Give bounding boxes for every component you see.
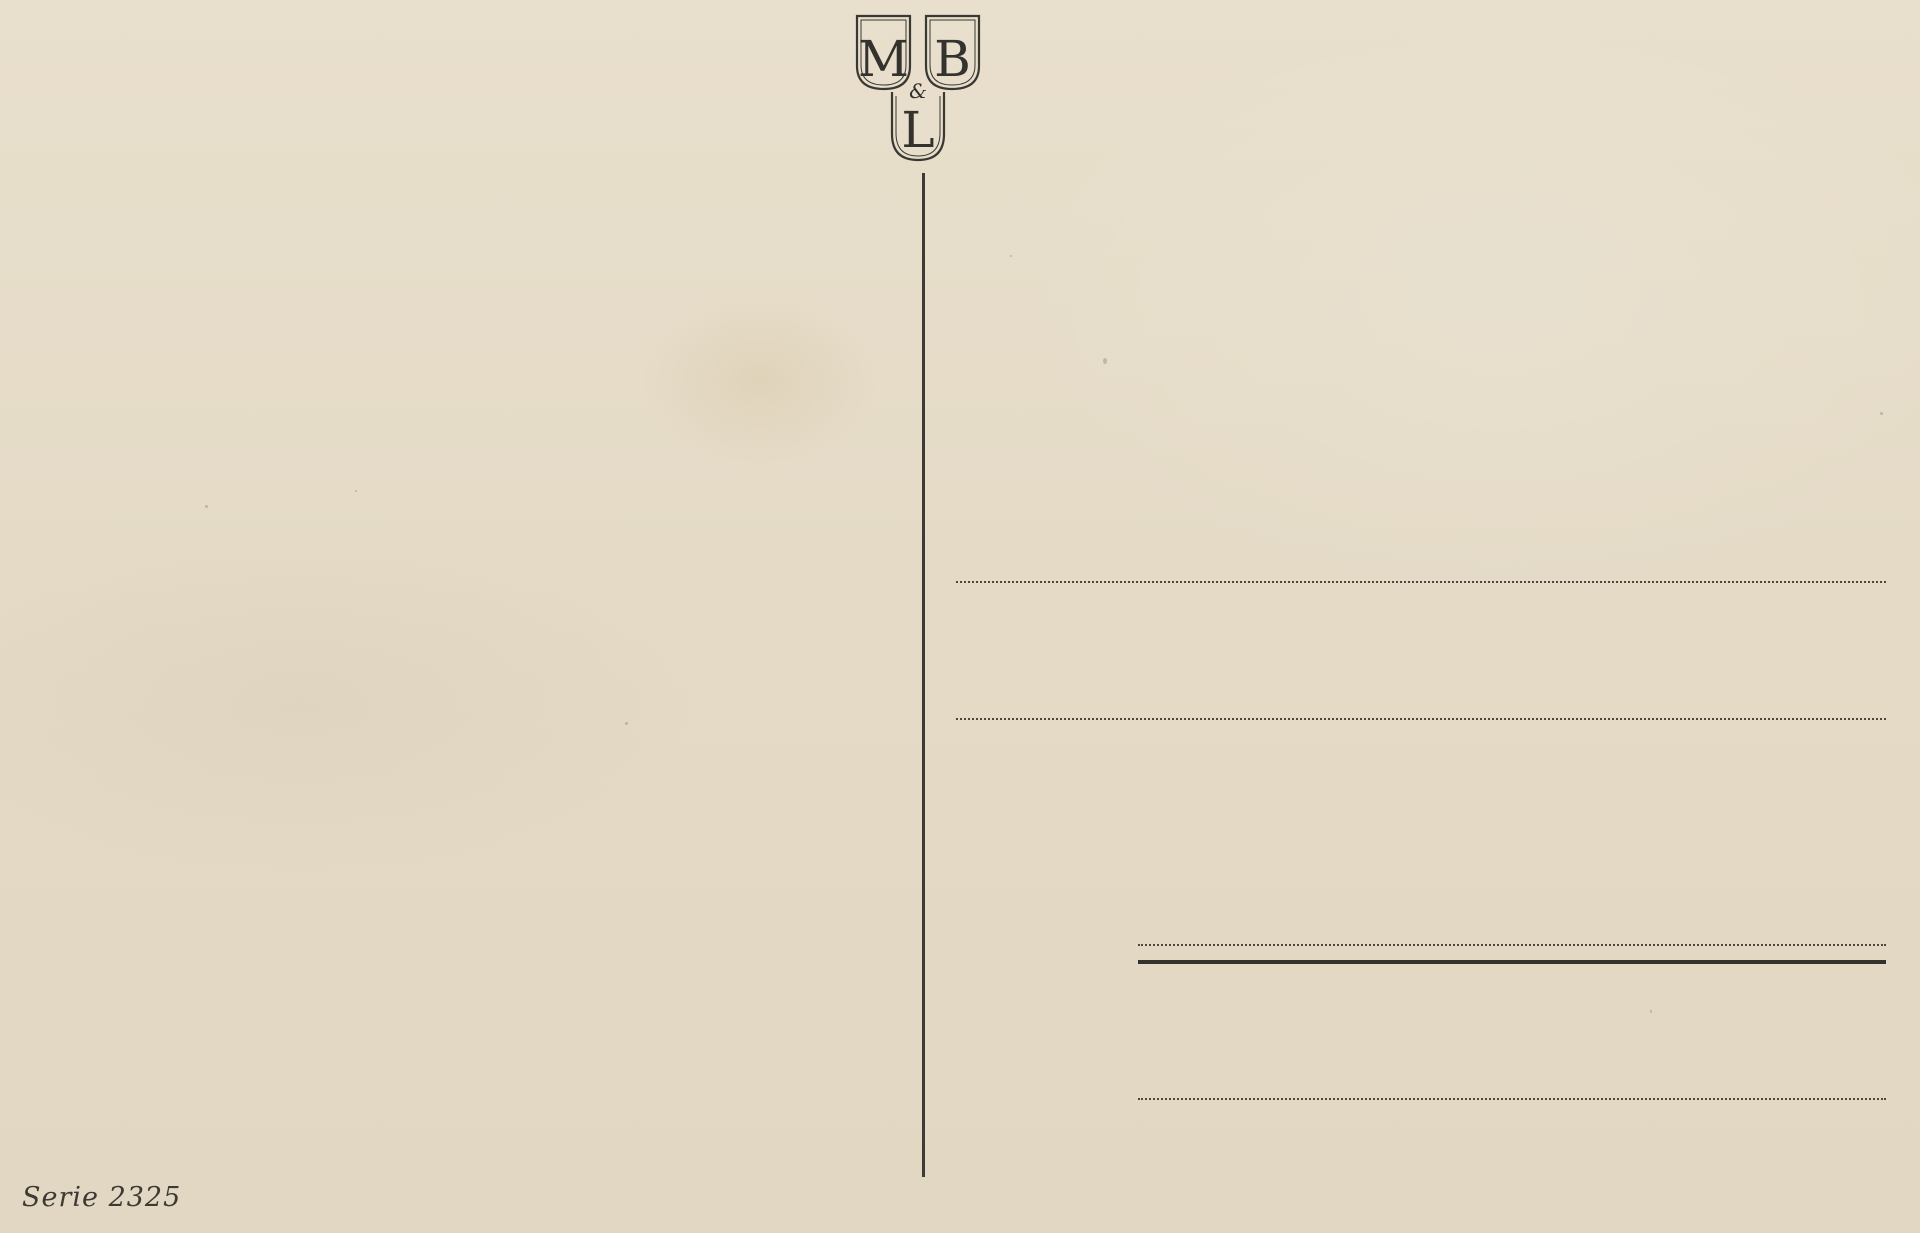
mbl-shield-monogram-icon: M B & L xyxy=(854,14,982,162)
svg-text:&: & xyxy=(909,79,927,103)
address-line-4 xyxy=(1138,1098,1886,1100)
series-label: Serie 2325 xyxy=(22,1182,181,1213)
center-divider-line xyxy=(922,173,925,1177)
paper-speck xyxy=(1103,358,1107,364)
address-underline-solid xyxy=(1138,960,1886,964)
svg-text:B: B xyxy=(934,30,971,88)
svg-text:L: L xyxy=(901,101,934,159)
paper-speck xyxy=(355,490,357,492)
address-line-2 xyxy=(956,718,1886,720)
address-line-1 xyxy=(956,581,1886,583)
paper-speck xyxy=(205,505,208,508)
paper-speck xyxy=(1010,255,1012,257)
paper-speck xyxy=(1880,412,1883,415)
paper-speck xyxy=(1650,1010,1652,1013)
paper-speck xyxy=(625,722,628,725)
svg-text:M: M xyxy=(858,30,909,88)
address-line-3 xyxy=(1138,944,1886,946)
postcard-back: M B & L Serie 2325 xyxy=(0,0,1920,1233)
